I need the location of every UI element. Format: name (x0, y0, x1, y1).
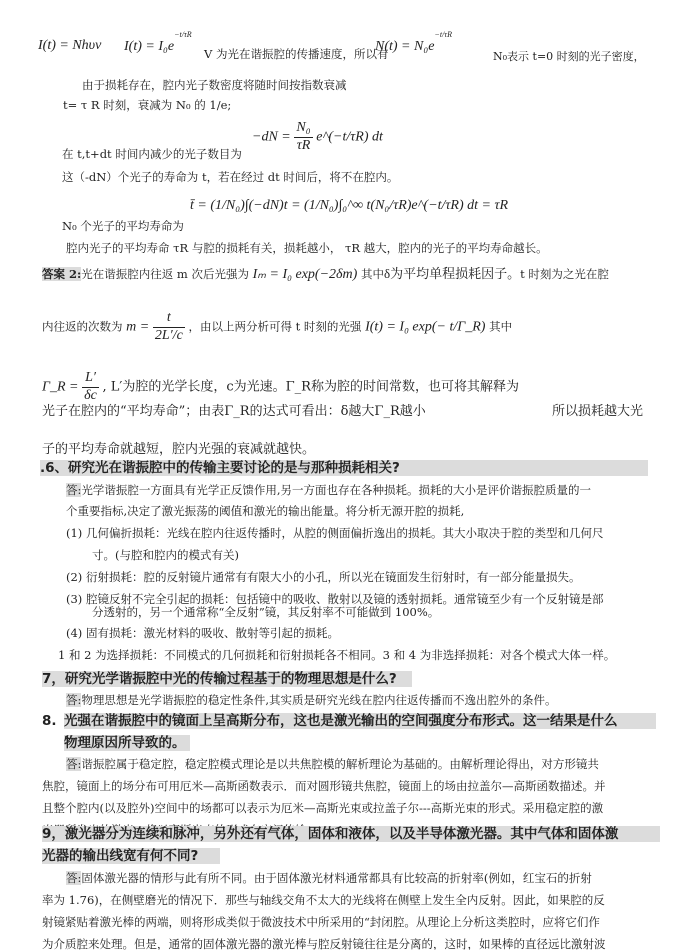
eq-intensity-nhv: I(t) = Nhυv (38, 38, 101, 55)
velocity-desc: V 为光在谐振腔的传播速度，所以有 (204, 48, 388, 62)
lifetime-loss-text: 腔内光子的平均寿命 τR 与腔的损耗有关，损耗越小， τR 越大，腔内的光子的平… (66, 242, 548, 256)
question-8-number: 8. (42, 713, 57, 729)
q8-answer-line3: 且整个腔内(以及腔外)空间中的场都可以表示为厄米—高斯光束或拉盖子尔---高斯光… (42, 802, 603, 816)
answer2-line4-end: 所以损耗越大光 (552, 404, 643, 420)
average-lifetime-label: N₀ 个光子的平均寿命为 (62, 220, 184, 234)
question-9-line2: 光器的输出线宽有何不同? (42, 848, 220, 864)
q6-item2: (2) 衍射损耗：腔的反射镜片通常有有限大小的小孔，所以光在镜面发生衍射时，有一… (66, 571, 580, 585)
question-9-line1: 9，激光器分为连续和脉冲，另外还有气体，固体和液体，以及半导体激光器。其中气体和… (42, 826, 660, 842)
eq-intensity-exp: I(t) = I₀e−t/τR (124, 30, 192, 48)
answer-label: 答: (66, 871, 81, 885)
q9-answer-line2: 率为 1.76)，在侧壁磨光的情况下．那些与轴线交角不太大的光线将在侧壁上发生全… (42, 894, 605, 908)
answer2-line2: 内往返的次数为 m = t2L′/c ，由以上两分析可得 t 时刻的光强 I(t… (42, 310, 512, 345)
decay-text: 由于损耗存在，腔内光子数密度将随时间按指数衰减 (82, 79, 347, 93)
answer2-line3: Γ_R = L′δc , L′为腔的光学长度，c为光速。Γ_R称为腔的时间常数，… (42, 370, 519, 405)
answer2-line5: 子的平均寿命就越短，腔内光强的衰减就越快。 (42, 442, 315, 458)
q6-item1-line2: 寸。(与腔和腔内的模式有关) (92, 549, 239, 563)
q6-summary: 1 和 2 为选择损耗：不同模式的几何损耗和衍射损耗各不相同。3 和 4 为非选… (58, 649, 615, 663)
q6-answer-line2: 个重要指标,决定了激光振荡的阈值和激光的输出能量。将分析无源开腔的损耗, (66, 505, 464, 519)
answer2-line4: 光子在腔内的“平均寿命”；由表Γ_R的达式可看出：δ越大Γ_R越小 (42, 404, 426, 420)
q8-answer-line2: 焦腔，镜面上的场分布可用厄米—高斯函数表示．而对圆形镜共焦腔，镜面上的场由拉盖尔… (42, 780, 606, 794)
q7-answer: 答:物理思想是光学谐振腔的稳定性条件,其实质是研究光线在腔内往返传播而不逸出腔外… (66, 694, 557, 708)
question-7: 7，研究光学谐振腔中光的传输过程基于的物理思想是什么? (42, 671, 412, 687)
answer-label: 答: (66, 693, 81, 707)
answer2-line1: 答案 2:光在谐振腔内往返 m 次后光强为 Iₘ = I₀ exp(−2δm) … (42, 266, 609, 284)
answer-label: 答: (66, 757, 81, 771)
eq-dn: −dN = N₀τR e^(−t/τR) dt (252, 120, 383, 155)
tau-r-text: t= τ R 时刻，衰减为 N₀ 的 1/e; (63, 99, 231, 113)
question-6: .6、研究光在谐振腔中的传输主要讨论的是与那种损耗相关? (40, 460, 648, 476)
q6-item3-line2: 分透射的，另一个通常称“全反射”镜，其反射率不可能做到 100%。 (92, 606, 439, 620)
q9-answer-line4: 为介质腔来处理。但是，通常的固体激光器的激光棒与腔反射镜往往是分离的，这时，如果… (42, 938, 606, 950)
answer2-label: 答案 2: (42, 267, 81, 281)
q9-answer-line3: 射镜紧贴着激光棒的两端，则将形成类似于微波技术中所采用的“封闭腔。从理论上分析这… (42, 916, 600, 930)
n0-desc: N₀表示 t=0 时刻的光子密度， (493, 50, 645, 63)
q6-answer-line1: 答:光学谐振腔一方面具有光学正反馈作用,另一方面也存在各种损耗。损耗的大小是评价… (66, 484, 591, 498)
q6-item1-line1: (1) 几何偏折损耗：光线在腔内往返传播时，从腔的侧面偏折逸出的损耗。其大小取决… (66, 527, 603, 541)
photon-lifetime-text: 这（-dN）个光子的寿命为 t，若在经过 dt 时间后，将不在腔内。 (62, 171, 398, 185)
q8-answer-line1: 答:谐振腔属于稳定腔，稳定腔模式理论是以共焦腔模的解析理论为基础的。由解析理论得… (66, 758, 599, 772)
answer-label: 答: (66, 483, 81, 497)
reduced-photons-text: 在 t,t+dt 时间内减少的光子数目为 (62, 148, 242, 162)
eq-photon-exp: N(t) = N₀e−t/τR (375, 30, 452, 48)
eq-average-lifetime: t̄ = (1/N₀)∫(−dN)t = (1/N₀)∫₀^∞ t(N₀/τR)… (190, 198, 508, 215)
question-8-line1: 光强在谐振腔中的镜面上呈高斯分布，这也是激光输出的空间强度分布形式。这一结果是什… (64, 713, 656, 729)
q9-answer-line1: 答:固体激光器的情形与此有所不同。由于固体激光材料通常都具有比较高的折射率(例如… (66, 872, 592, 886)
question-8-line2: 物理原因所导致的。 (64, 735, 190, 751)
q6-item4: (4) 固有损耗：激光材料的吸收、散射等引起的损耗。 (66, 627, 339, 641)
